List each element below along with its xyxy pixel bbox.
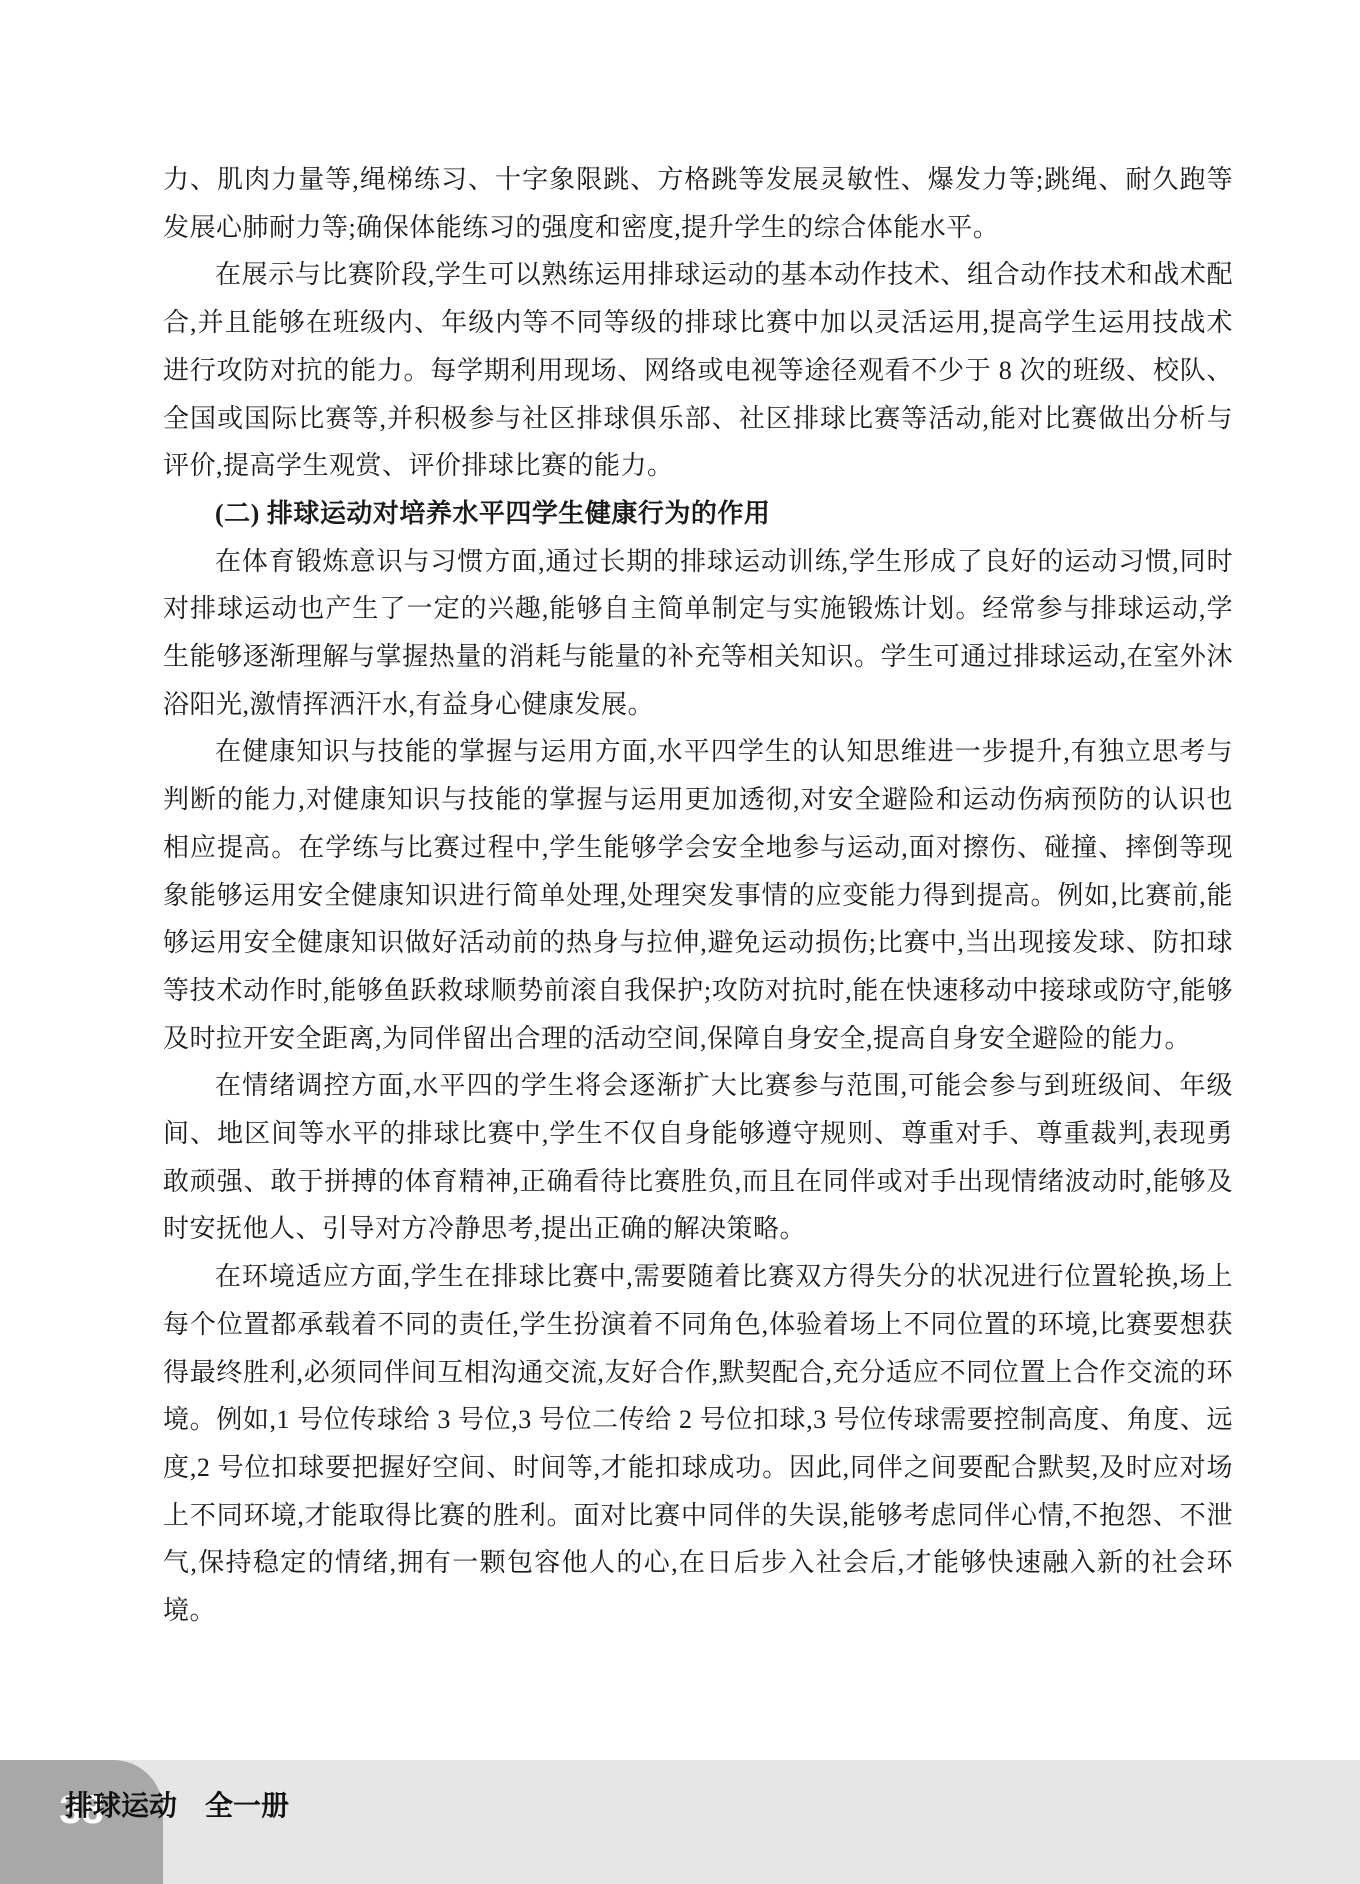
paragraph: 在环境适应方面,学生在排球比赛中,需要随着比赛双方得失分的状况进行位置轮换,场上…	[163, 1253, 1233, 1635]
paragraph: 在展示与比赛阶段,学生可以熟练运用排球运动的基本动作技术、组合动作技术和战术配合…	[163, 251, 1233, 490]
paragraph: 在健康知识与技能的掌握与运用方面,水平四学生的认知思维进一步提升,有独立思考与判…	[163, 728, 1233, 1062]
page-footer: 38 排球运动 全一册	[0, 1760, 1360, 1884]
paragraph: 在体育锻炼意识与习惯方面,通过长期的排球运动训练,学生形成了良好的运动习惯,同时…	[163, 538, 1233, 729]
book-page: 力、肌肉力量等,绳梯练习、十字象限跳、方格跳等发展灵敏性、爆发力等;跳绳、耐久跑…	[0, 0, 1360, 1884]
paragraph: 力、肌肉力量等,绳梯练习、十字象限跳、方格跳等发展灵敏性、爆发力等;跳绳、耐久跑…	[163, 156, 1233, 251]
paragraph: 在情绪调控方面,水平四的学生将会逐渐扩大比赛参与范围,可能会参与到班级间、年级间…	[163, 1062, 1233, 1253]
book-title: 排球运动 全一册	[65, 1788, 289, 1824]
page-body-text: 力、肌肉力量等,绳梯练习、十字象限跳、方格跳等发展灵敏性、爆发力等;跳绳、耐久跑…	[163, 156, 1233, 1635]
section-heading: (二) 排球运动对培养水平四学生健康行为的作用	[163, 490, 1233, 538]
